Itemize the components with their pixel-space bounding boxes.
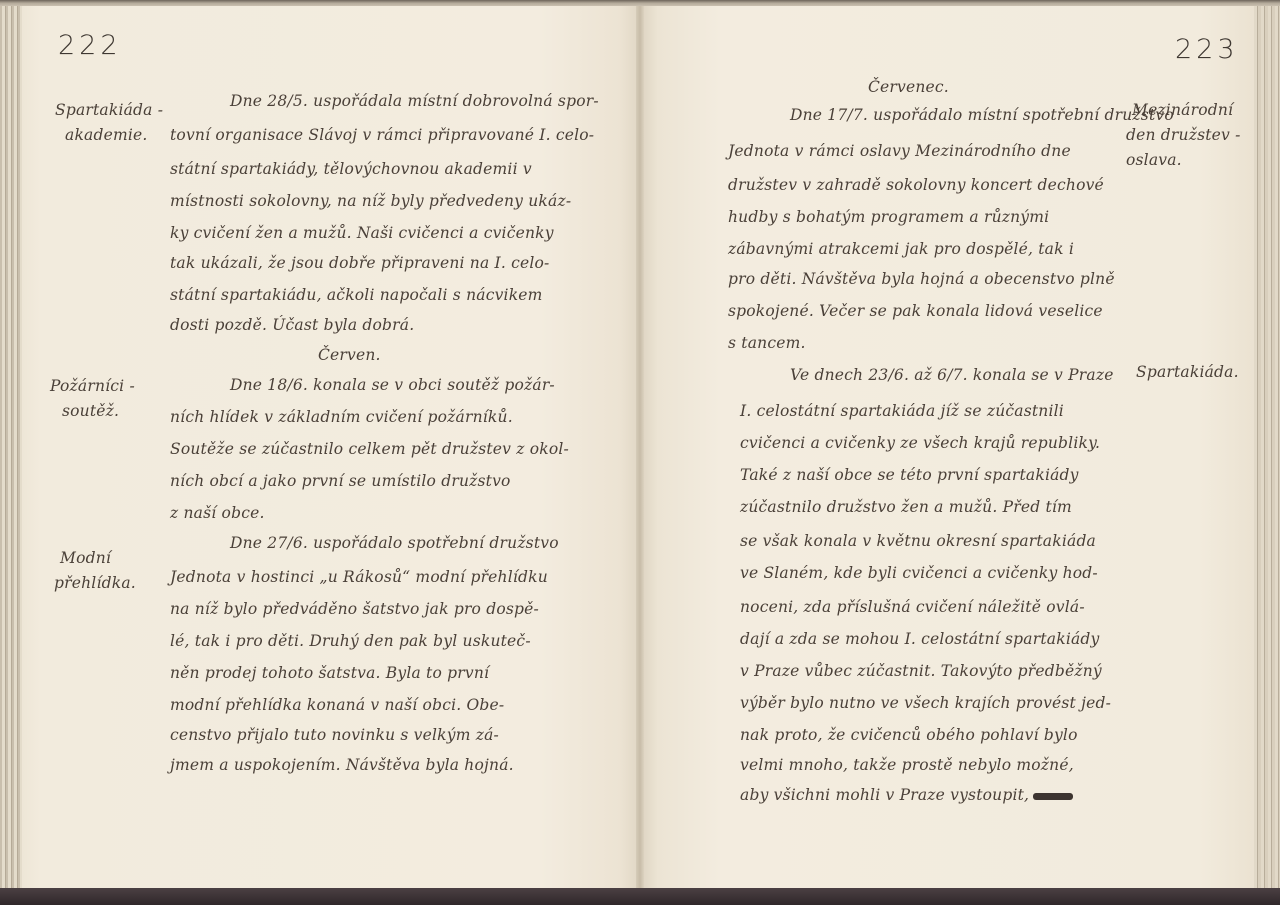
month-heading: Červen.: [318, 346, 381, 364]
text-line: Jednota v rámci oslavy Mezinárodního dne: [728, 142, 1071, 160]
text-line: lé, tak i pro děti. Druhý den pak byl us…: [170, 632, 531, 650]
text-line: Soutěže se zúčastnilo celkem pět družste…: [170, 440, 569, 458]
text-line: v Praze vůbec zúčastnit. Takovýto předbě…: [740, 662, 1102, 680]
text-line: na níž bylo předváděno šatstvo jak pro d…: [170, 600, 539, 618]
margin-note-line: Požárníci -: [50, 374, 160, 399]
text-line: censtvo přijalo tuto novinku s velkým zá…: [170, 726, 499, 744]
text-line: nak proto, že cvičenců obého pohlaví byl…: [740, 726, 1078, 744]
margin-note-pozarnici-soutez: Požárníci - soutěž.: [50, 374, 160, 424]
text-line: místnosti sokolovny, na níž byly předved…: [170, 192, 571, 210]
margin-note-line: oslava.: [1126, 148, 1256, 173]
text-line: tovní organisace Slávoj v rámci připravo…: [170, 126, 594, 144]
text-line: ních obcí a jako první se umístilo družs…: [170, 472, 511, 490]
text-line: pro děti. Návštěva byla hojná a obecenst…: [728, 270, 1115, 288]
margin-note-modni-prehlidka: Modní přehlídka.: [54, 546, 164, 596]
book-gutter: [636, 6, 644, 888]
page-number: 222: [58, 30, 122, 61]
text-line: Dne 27/6. uspořádalo spotřební družstvo: [230, 534, 559, 552]
text-line: státní spartakiádu, ačkoli napočali s ná…: [170, 286, 543, 304]
text-line: I. celostátní spartakiáda jíž se zúčastn…: [740, 402, 1064, 420]
margin-note-line: den družstev -: [1126, 123, 1256, 148]
text-line: družstev v zahradě sokolovny koncert dec…: [728, 176, 1104, 194]
text-line: Ve dnech 23/6. až 6/7. konala se v Praze: [790, 366, 1114, 384]
left-page-stack: [0, 6, 22, 888]
margin-note-line: přehlídka.: [54, 571, 164, 596]
right-page-stack: [1254, 6, 1280, 888]
margin-note-line: Spartakiáda -: [55, 98, 165, 123]
text-line: státní spartakiády, tělovýchovnou akadem…: [170, 160, 532, 178]
text-line: se však konala v květnu okresní spartaki…: [740, 532, 1096, 550]
text-line: Dne 18/6. konala se v obci soutěž požár-: [230, 376, 555, 394]
text-line: dosti pozdě. Účast byla dobrá.: [170, 316, 414, 334]
left-page: 222 Spartakiáda - akademie. Dne 28/5. us…: [0, 6, 640, 888]
text-line: Jednota v hostinci „u Rákosů“ modní přeh…: [170, 568, 548, 586]
text-line: Dne 28/5. uspořádala místní dobrovolná s…: [230, 92, 599, 110]
margin-note-line: Modní: [54, 546, 164, 571]
crossed-out-word: [1033, 793, 1073, 800]
text-line: Také z naší obce se této první spartakiá…: [740, 466, 1079, 484]
text-line: jmem a uspokojením. Návštěva byla hojná.: [170, 756, 514, 774]
margin-note-spartakiada: Spartakiáda.: [1136, 360, 1246, 385]
text-line: dají a zda se mohou I. celostátní sparta…: [740, 630, 1100, 648]
text-line: z naší obce.: [170, 504, 265, 522]
text-line: ky cvičení žen a mužů. Naši cvičenci a c…: [170, 224, 554, 242]
month-heading: Červenec.: [868, 78, 949, 96]
text-line: velmi mnoho, takže prostě nebylo možné,: [740, 756, 1074, 774]
text-line: ve Slaném, kde byli cvičenci a cvičenky …: [740, 564, 1098, 582]
text-line: zúčastnilo družstvo žen a mužů. Před tím: [740, 498, 1072, 516]
book-bottom-shadow: [0, 888, 1280, 905]
right-page: 223 Červenec. Mezinárodní den družstev -…: [640, 6, 1280, 888]
text-line: noceni, zda příslušná cvičení náležitě o…: [740, 598, 1085, 616]
text-line: spokojené. Večer se pak konala lidová ve…: [728, 302, 1103, 320]
text-line-content: aby všichni mohli v Praze vystoupit,: [740, 786, 1029, 804]
text-line: zábavnými atrakcemi jak pro dospělé, tak…: [728, 240, 1074, 258]
margin-note-spartakiada-akademie: Spartakiáda - akademie.: [55, 98, 165, 148]
margin-note-line: akademie.: [55, 123, 165, 148]
margin-note-line: soutěž.: [50, 399, 160, 424]
text-line: cvičenci a cvičenky ze všech krajů repub…: [740, 434, 1100, 452]
margin-note-line: Spartakiáda.: [1136, 360, 1246, 385]
text-line: Dne 17/7. uspořádalo místní spotřební dr…: [790, 106, 1174, 124]
text-line: ních hlídek v základním cvičení požárník…: [170, 408, 513, 426]
text-line: výběr bylo nutno ve všech krajích provés…: [740, 694, 1111, 712]
text-line: hudby s bohatým programem a různými: [728, 208, 1049, 226]
text-line: tak ukázali, že jsou dobře připraveni na…: [170, 254, 550, 272]
page-number: 223: [1175, 34, 1239, 65]
text-line: modní přehlídka konaná v naší obci. Obe-: [170, 696, 504, 714]
text-line: něn prodej tohoto šatstva. Byla to první: [170, 664, 489, 682]
book-spread: 222 Spartakiáda - akademie. Dne 28/5. us…: [0, 0, 1280, 890]
text-line: s tancem.: [728, 334, 806, 352]
text-line: aby všichni mohli v Praze vystoupit,: [740, 786, 1073, 804]
